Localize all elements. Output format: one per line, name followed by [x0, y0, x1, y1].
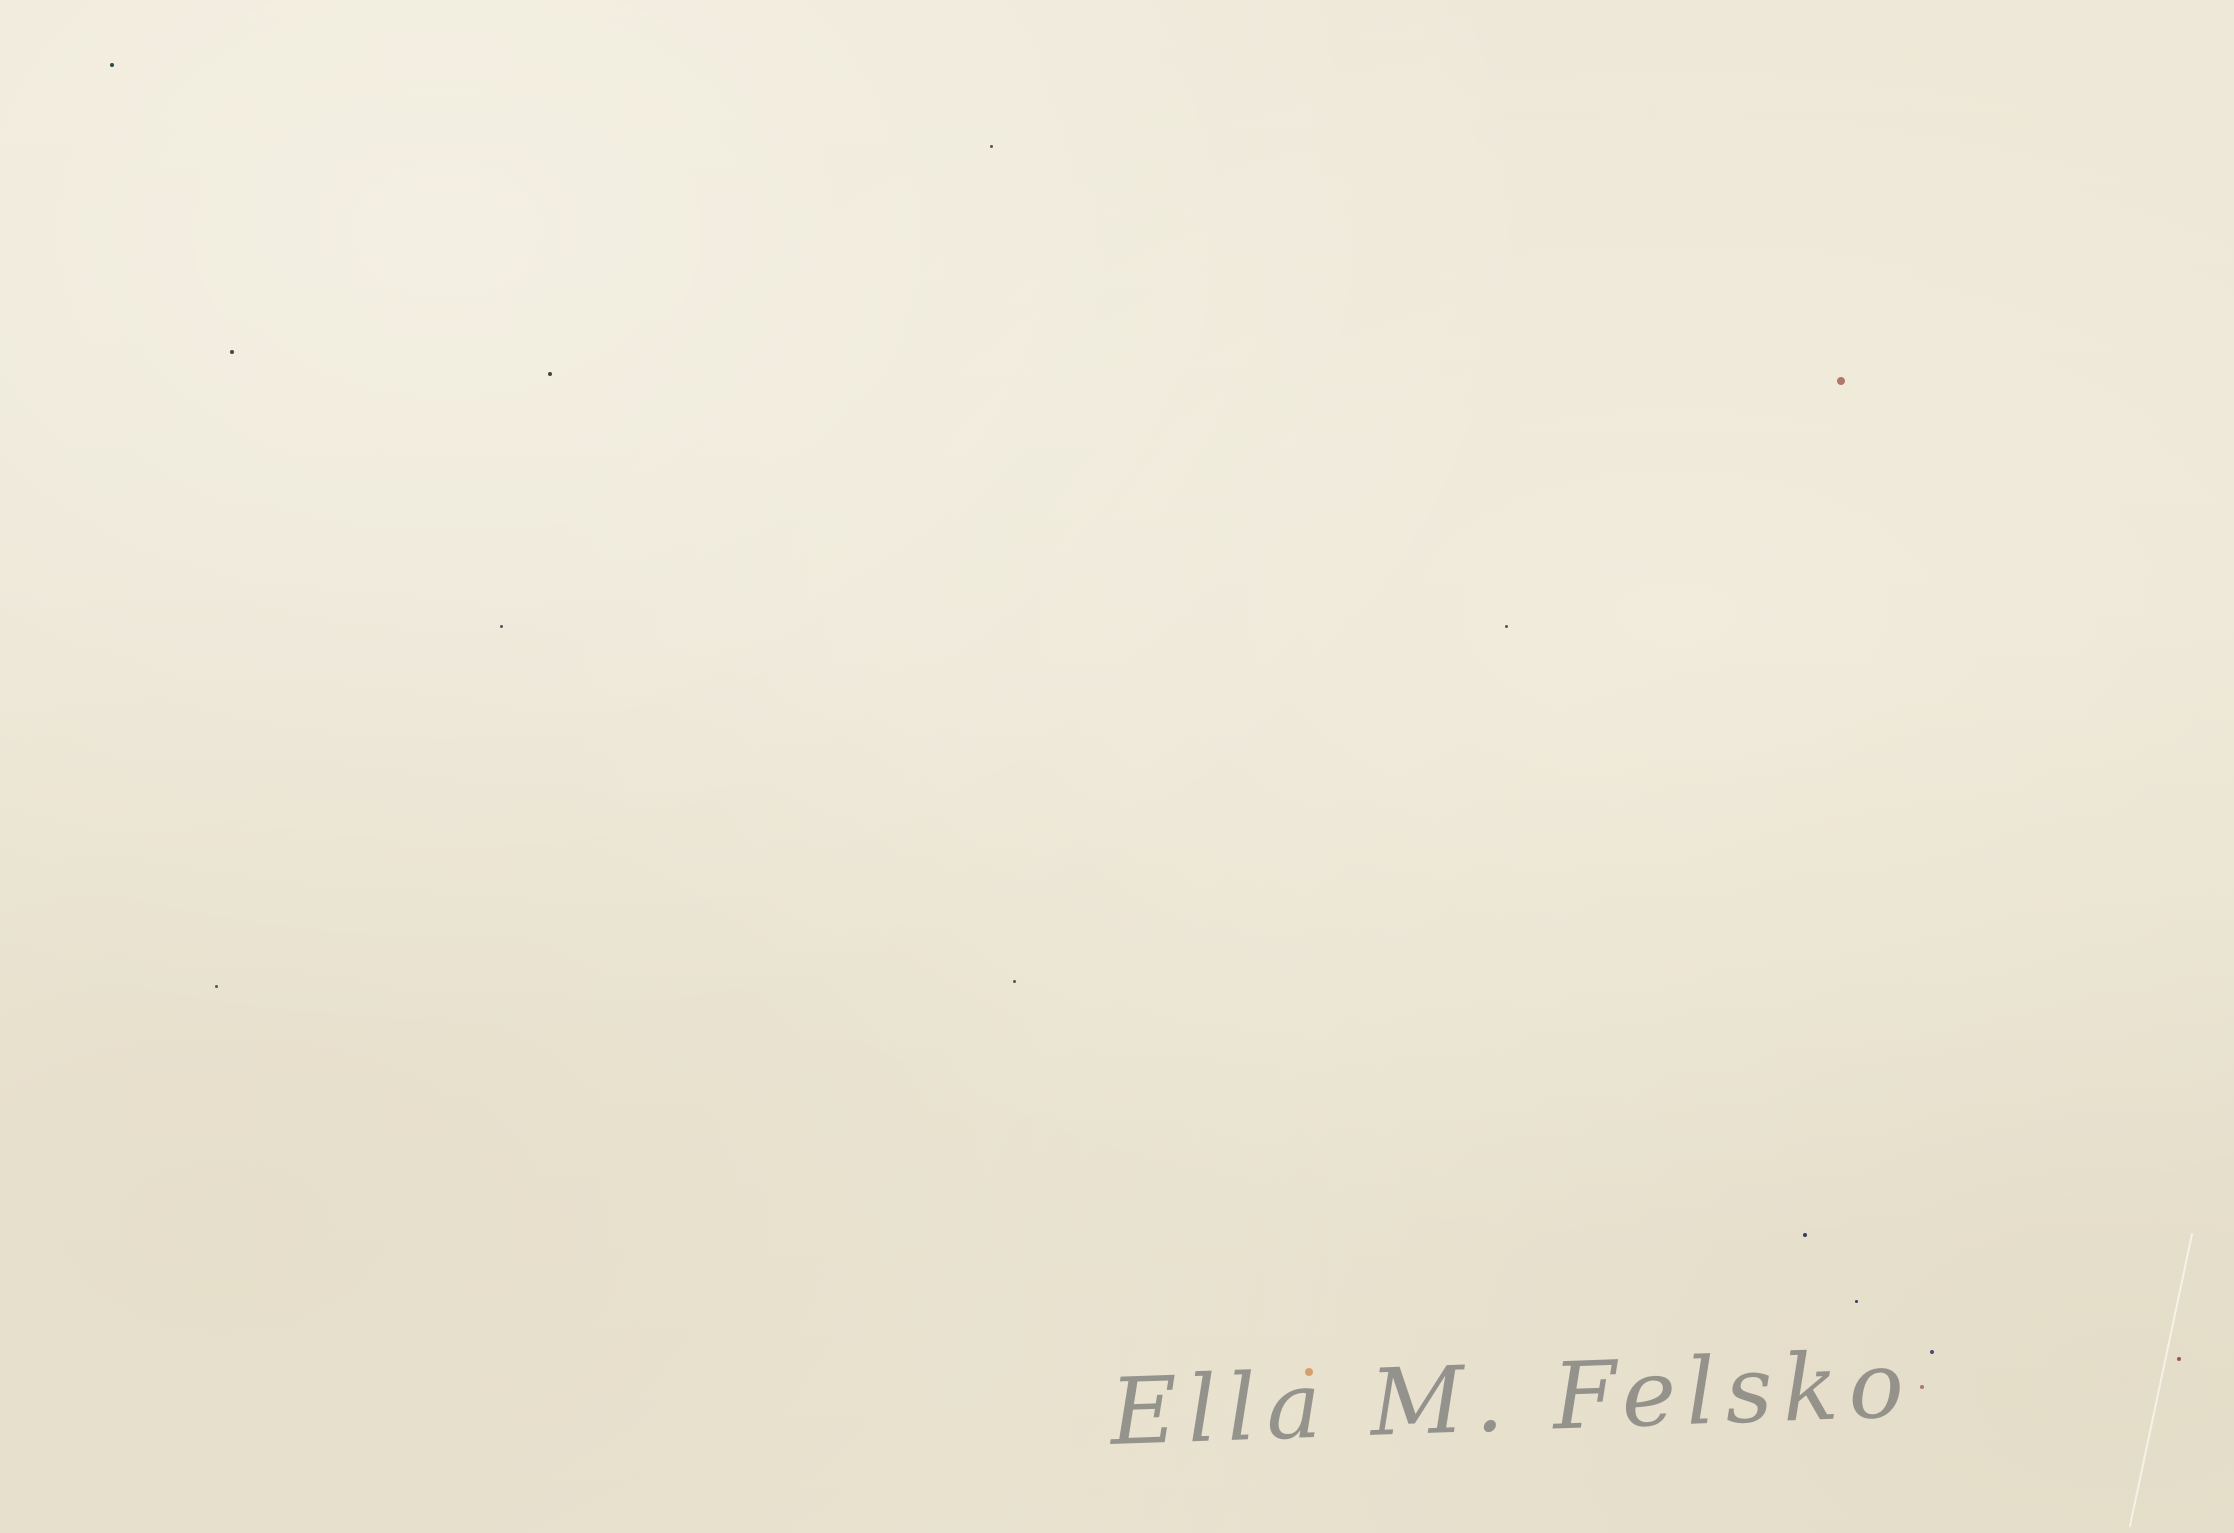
paper-speck — [1013, 980, 1016, 983]
paper-speck — [1505, 625, 1508, 628]
paper-speck — [230, 350, 234, 354]
paper-speck — [1803, 1233, 1807, 1237]
paper-speck — [548, 372, 552, 376]
paper-speck — [500, 625, 503, 628]
paper-speck — [990, 145, 993, 148]
paper-speck — [1837, 377, 1845, 385]
paper-speck — [215, 985, 218, 988]
paper-speck — [1855, 1300, 1858, 1303]
paper-speck — [1930, 1350, 1934, 1354]
paper-background — [0, 0, 2234, 1533]
paper-speck — [2177, 1357, 2181, 1361]
paper-speck — [110, 63, 114, 67]
paper-speck — [1920, 1385, 1924, 1389]
